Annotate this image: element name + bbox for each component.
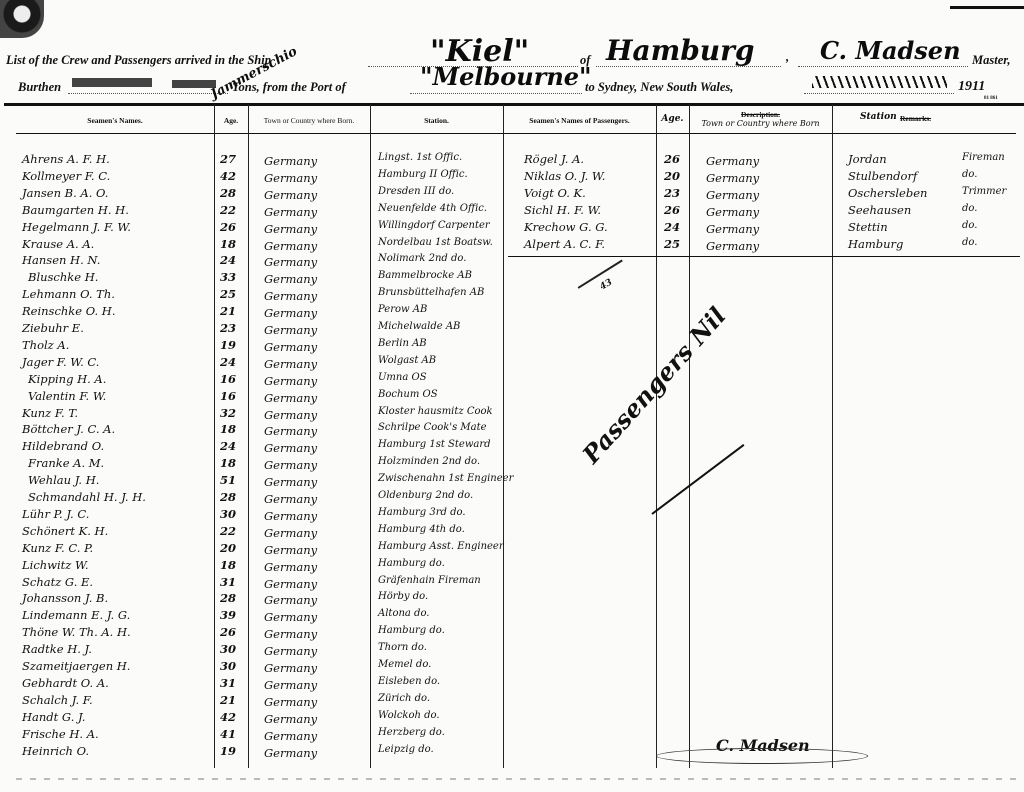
col-divider xyxy=(832,104,833,768)
crew-station: Michelwalde AB xyxy=(378,321,460,332)
crew-name: Kunz F. C. P. xyxy=(22,541,93,555)
crew-age: 19 xyxy=(220,338,236,352)
crew-name: Tholz A. xyxy=(22,338,69,352)
crew-age: 22 xyxy=(220,524,236,538)
to-sydney-label: to Sydney, New South Wales, xyxy=(585,80,733,95)
crew-station: Eisleben do. xyxy=(378,676,440,687)
crew-age: 21 xyxy=(220,304,236,318)
crew-birthplace: Germany xyxy=(264,526,317,540)
crew-birthplace: Germany xyxy=(264,610,317,624)
tons-struck-value xyxy=(172,80,216,88)
crew-station: Holzminden 2nd do. xyxy=(378,456,480,467)
crew-birthplace: Germany xyxy=(264,188,317,202)
crew-birthplace: Germany xyxy=(264,154,317,168)
master-name: C. Madsen xyxy=(820,36,961,65)
crew-birthplace: Germany xyxy=(264,509,317,523)
crew-age: 22 xyxy=(220,203,236,217)
master-dotted-line xyxy=(798,66,968,67)
crew-birthplace: Germany xyxy=(264,577,317,591)
crew-birthplace: Germany xyxy=(264,424,317,438)
col-header-remarks: Remarks. xyxy=(900,114,931,123)
date-dotted-line xyxy=(804,93,954,94)
crew-name: Jansen B. A. O. xyxy=(22,186,108,200)
crew-birthplace: Germany xyxy=(264,239,317,253)
header-line1-label: List of the Crew and Passengers arrived … xyxy=(6,53,271,68)
crew-age: 19 xyxy=(220,744,236,758)
crew-age: 20 xyxy=(220,541,236,555)
crew-station: Kloster hausmitz Cook xyxy=(378,406,493,417)
home-port: Hamburg xyxy=(606,34,755,67)
passengers-nil-annotation: Passengers Nil xyxy=(576,301,731,469)
crew-name: Reinschke O. H. xyxy=(22,304,115,318)
crew-birthplace: Germany xyxy=(264,661,317,675)
crew-age: 28 xyxy=(220,490,236,504)
crew-birthplace: Germany xyxy=(706,188,759,202)
crew-age: 25 xyxy=(220,287,236,301)
crew-town: Oschersleben xyxy=(848,186,927,200)
crew-birthplace: Germany xyxy=(706,205,759,219)
crew-birthplace: Germany xyxy=(706,239,759,253)
crew-name: Hansen H. N. xyxy=(22,253,100,267)
crew-age: 30 xyxy=(220,507,236,521)
crew-age: 20 xyxy=(664,169,680,183)
crew-name: Thöne W. Th. A. H. xyxy=(22,625,131,639)
crew-birthplace: Germany xyxy=(264,222,317,236)
crew-station: Herzberg do. xyxy=(378,727,445,738)
crew-station: Umna OS xyxy=(378,372,427,383)
crew-name: Baumgarten H. H. xyxy=(22,203,129,217)
col-header-remarks-hw: Station xyxy=(860,112,897,122)
crew-age: 26 xyxy=(664,152,680,166)
col-header-station: Station. xyxy=(370,116,503,125)
crew-age: 31 xyxy=(220,676,236,690)
crew-age: 24 xyxy=(220,253,236,267)
crew-town: Jordan xyxy=(848,152,887,166)
crew-station: Nolimark 2nd do. xyxy=(378,253,466,264)
crew-station: Zwischenahn 1st Engineer xyxy=(378,473,513,484)
crew-station: Gräfenhain Fireman xyxy=(378,575,481,586)
crew-name: Jager F. W. C. xyxy=(22,355,99,369)
crew-station: Hamburg 1st Steward xyxy=(378,439,491,450)
crew-name: Kollmeyer F. C. xyxy=(22,169,110,183)
crew-birthplace: Germany xyxy=(264,644,317,658)
col-header-description-hw: Town or Country where Born xyxy=(689,119,832,128)
crew-station: Berlin AB xyxy=(378,338,427,349)
crew-birthplace: Germany xyxy=(264,458,317,472)
stamp-seal-icon xyxy=(0,0,44,38)
crew-age: 31 xyxy=(220,575,236,589)
crew-station: Dresden III do. xyxy=(378,186,454,197)
crew-name: Kunz F. T. xyxy=(22,406,78,420)
crew-age: 24 xyxy=(664,220,680,234)
crew-age: 18 xyxy=(220,422,236,436)
crew-birthplace: Germany xyxy=(264,306,317,320)
crew-name: Wehlau J. H. xyxy=(28,473,99,487)
crew-age: 26 xyxy=(220,220,236,234)
crew-station: Lingst. 1st Offic. xyxy=(378,152,462,163)
crew-station: Hamburg II Offic. xyxy=(378,169,468,180)
crew-birthplace: Germany xyxy=(264,323,317,337)
crew-station: Thorn do. xyxy=(378,642,427,653)
crew-age: 23 xyxy=(664,186,680,200)
crew-station: Neuenfelde 4th Offic. xyxy=(378,203,487,214)
col-header-age: Age. xyxy=(214,116,248,125)
crew-name: Johansson J. B. xyxy=(22,591,108,605)
crew-birthplace: Germany xyxy=(264,678,317,692)
crew-station: Hamburg 3rd do. xyxy=(378,507,466,518)
crew-station: Hamburg do. xyxy=(378,558,445,569)
crew-age: 23 xyxy=(220,321,236,335)
crew-birthplace: Germany xyxy=(264,357,317,371)
crew-age: 41 xyxy=(220,727,236,741)
crew-station: Leipzig do. xyxy=(378,744,434,755)
crew-birthplace: Germany xyxy=(706,154,759,168)
burthen-struck-value xyxy=(72,78,152,87)
crew-station: Zürich do. xyxy=(378,693,430,704)
crew-age: 26 xyxy=(664,203,680,217)
crew-name: Lichwitz W. xyxy=(22,558,88,572)
crew-name: Gebhardt O. A. xyxy=(22,676,109,690)
col-divider xyxy=(370,104,371,768)
right-section-end-rule xyxy=(508,256,1020,257)
crew-age: 30 xyxy=(220,659,236,673)
crew-town: Stettin xyxy=(848,220,888,234)
crew-birthplace: Germany xyxy=(264,560,317,574)
crew-name: Lühr P. J. C. xyxy=(22,507,89,521)
crew-age: 26 xyxy=(220,625,236,639)
crew-birthplace: Germany xyxy=(264,695,317,709)
crew-age: 24 xyxy=(220,355,236,369)
form-number: 81 861 xyxy=(984,96,998,101)
crew-town: Hamburg xyxy=(848,237,903,251)
crew-age: 25 xyxy=(664,237,680,251)
crew-birthplace: Germany xyxy=(264,272,317,286)
col-header-right-age: Age. xyxy=(656,114,689,124)
crew-station: Oldenburg 2nd do. xyxy=(378,490,473,501)
col-header-born: Town or Country where Born. xyxy=(248,116,370,125)
crew-name: Bluschke H. xyxy=(28,270,98,284)
crew-age: 16 xyxy=(220,372,236,386)
crew-birthplace: Germany xyxy=(264,340,317,354)
crew-name: Krechow G. G. xyxy=(524,220,608,234)
crew-name: Lehmann O. Th. xyxy=(22,287,115,301)
signature-flourish xyxy=(656,748,868,764)
col-divider xyxy=(656,104,657,768)
col-divider xyxy=(248,104,249,768)
crew-age: 21 xyxy=(220,693,236,707)
col-divider xyxy=(689,104,690,768)
crew-age: 18 xyxy=(220,456,236,470)
crew-birthplace: Germany xyxy=(264,492,317,506)
crew-name: Krause A. A. xyxy=(22,237,94,251)
crew-age: 28 xyxy=(220,591,236,605)
crew-birthplace: Germany xyxy=(706,222,759,236)
col-header-right-names: Seamen's Names of Passengers. xyxy=(503,116,656,125)
crew-age: 27 xyxy=(220,152,236,166)
comma: , xyxy=(786,50,789,65)
crew-name: Handt G. J. xyxy=(22,710,85,724)
crew-birthplace: Germany xyxy=(264,391,317,405)
crew-age: 32 xyxy=(220,406,236,420)
table-header-rule xyxy=(16,133,1016,134)
from-port: "Melbourne" xyxy=(420,62,592,91)
burthen-label: Burthen xyxy=(18,80,61,95)
crew-station: Willingdorf Carpenter xyxy=(378,220,490,231)
crew-birthplace: Germany xyxy=(264,374,317,388)
crew-birthplace: Germany xyxy=(264,593,317,607)
bottom-edge xyxy=(16,778,1016,780)
crew-birthplace: Germany xyxy=(264,543,317,557)
crew-name: Hegelmann J. F. W. xyxy=(22,220,131,234)
crew-birthplace: Germany xyxy=(264,729,317,743)
burthen-dotted-line xyxy=(68,93,228,94)
crew-station: Altona do. xyxy=(378,608,429,619)
from-port-dotted-line xyxy=(410,93,582,94)
crew-name: Frische H. A. xyxy=(22,727,99,741)
crew-name: Radtke H. J. xyxy=(22,642,92,656)
crew-name: Kipping H. A. xyxy=(28,372,106,386)
crew-name: Szameitjaergen H. xyxy=(22,659,130,673)
crew-age: 42 xyxy=(220,710,236,724)
crew-station: Hamburg do. xyxy=(378,625,445,636)
crew-age: 24 xyxy=(220,439,236,453)
crew-town: Seehausen xyxy=(848,203,911,217)
crew-birthplace: Germany xyxy=(264,746,317,760)
crew-name: Valentin F. W. xyxy=(28,389,106,403)
crew-birthplace: Germany xyxy=(264,441,317,455)
crew-station: do. xyxy=(962,169,977,180)
crew-station: Hamburg 4th do. xyxy=(378,524,465,535)
top-rule xyxy=(950,6,1024,9)
crew-birthplace: Germany xyxy=(264,408,317,422)
crew-name: Böttcher J. C. A. xyxy=(22,422,115,436)
crew-town: Stulbendorf xyxy=(848,169,917,183)
table-top-rule xyxy=(4,103,1024,106)
crew-name: Schalch J. F. xyxy=(22,693,93,707)
crew-station: Brunsbüttelhafen AB xyxy=(378,287,484,298)
crew-name: Heinrich O. xyxy=(22,744,89,758)
crew-age: 33 xyxy=(220,270,236,284)
crew-station: Fireman xyxy=(962,152,1005,163)
crew-birthplace: Germany xyxy=(264,475,317,489)
crew-name: Schönert K. H. xyxy=(22,524,108,538)
crew-station: Bochum OS xyxy=(378,389,438,400)
crew-birthplace: Germany xyxy=(264,255,317,269)
crew-station: Schrilpe Cook's Mate xyxy=(378,422,487,433)
crew-station: Wolgast AB xyxy=(378,355,436,366)
crew-name: Schmandahl H. J. H. xyxy=(28,490,146,504)
crew-age: 42 xyxy=(220,169,236,183)
crew-station: Hamburg Asst. Engineer xyxy=(378,541,504,552)
crew-name: Niklas O. J. W. xyxy=(524,169,605,183)
crew-name: Alpert A. C. F. xyxy=(524,237,605,251)
crew-age: 39 xyxy=(220,608,236,622)
crew-station: Bammelbrocke AB xyxy=(378,270,472,281)
crew-birthplace: Germany xyxy=(706,171,759,185)
col-header-seamen-names: Seamen's Names. xyxy=(16,116,214,125)
crew-birthplace: Germany xyxy=(264,627,317,641)
crew-station: Trimmer xyxy=(962,186,1006,197)
col-divider xyxy=(503,104,504,768)
crew-station: do. xyxy=(962,237,977,248)
crew-name: Ahrens A. F. H. xyxy=(22,152,110,166)
crew-age: 30 xyxy=(220,642,236,656)
crew-age: 28 xyxy=(220,186,236,200)
crew-station: Wolckoh do. xyxy=(378,710,440,721)
crew-name: Ziebuhr E. xyxy=(22,321,84,335)
crew-birthplace: Germany xyxy=(264,171,317,185)
crew-name: Voigt O. K. xyxy=(524,186,586,200)
crew-station: Perow AB xyxy=(378,304,427,315)
crew-station: Memel do. xyxy=(378,659,431,670)
crew-birthplace: Germany xyxy=(264,205,317,219)
crew-name: Lindemann E. J. G. xyxy=(22,608,130,622)
crew-name: Sichl H. F. W. xyxy=(524,203,601,217)
crew-station: do. xyxy=(962,220,977,231)
crew-name: Schatz G. E. xyxy=(22,575,93,589)
col-header-description: Description. xyxy=(689,110,832,119)
count-mark: 43 xyxy=(598,278,614,293)
crew-age: 51 xyxy=(220,473,236,487)
crew-age: 18 xyxy=(220,237,236,251)
crew-name: Franke A. M. xyxy=(28,456,104,470)
crew-station: Hörby do. xyxy=(378,591,428,602)
nil-underline-stroke xyxy=(651,444,744,515)
crew-age: 16 xyxy=(220,389,236,403)
crew-age: 18 xyxy=(220,558,236,572)
crew-name: Rögel J. A. xyxy=(524,152,584,166)
year: 1911 xyxy=(958,79,985,95)
crew-name: Hildebrand O. xyxy=(22,439,104,453)
crew-station: Nordelbau 1st Boatsw. xyxy=(378,237,493,248)
master-label: Master, xyxy=(972,53,1011,68)
crew-birthplace: Germany xyxy=(264,289,317,303)
crew-station: do. xyxy=(962,203,977,214)
date-handwritten-scribble xyxy=(812,76,947,88)
crew-birthplace: Germany xyxy=(264,712,317,726)
col-divider xyxy=(214,104,215,768)
